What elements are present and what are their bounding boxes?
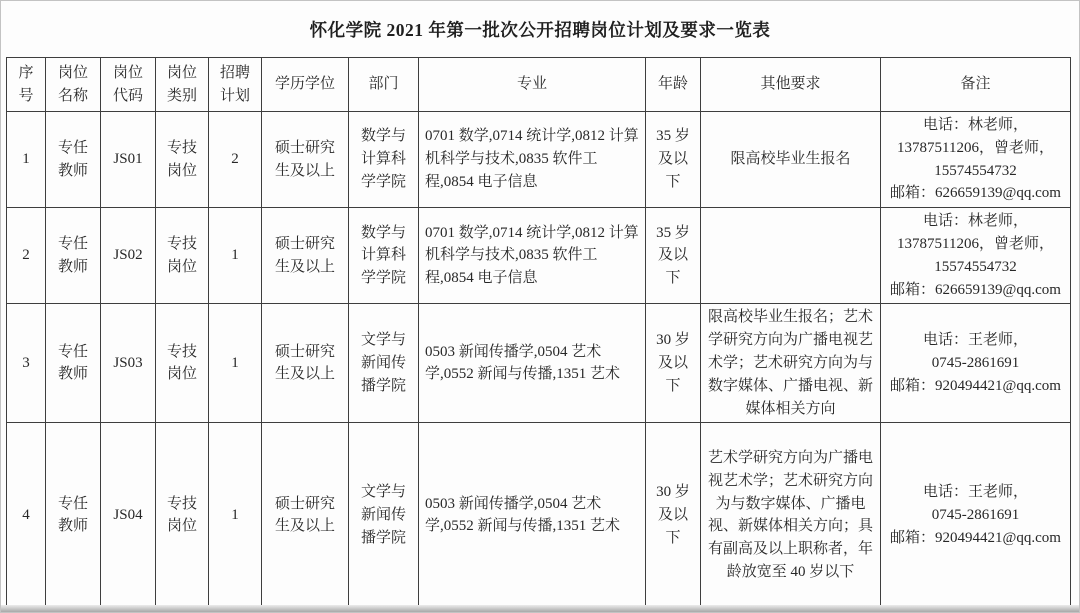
cell-major: 0701 数学,0714 统计学,0812 计算机科学与技术,0835 软件工程…: [419, 112, 646, 208]
col-header-position-type: 岗位类别: [156, 58, 209, 112]
cell-remarks: 电话：王老师， 0745-2861691 邮箱：920494421@qq.com: [881, 423, 1071, 608]
cell-position-code: JS02: [101, 208, 156, 304]
cell-position-code: JS01: [101, 112, 156, 208]
cell-remarks: 电话：王老师， 0745-2861691 邮箱：920494421@qq.com: [881, 304, 1071, 423]
cell-education: 硕士研究生及以上: [262, 112, 349, 208]
col-header-seq: 序号: [7, 58, 46, 112]
cell-position-name: 专任教师: [46, 112, 101, 208]
col-header-recruit-plan: 招聘计划: [209, 58, 262, 112]
col-header-position-code: 岗位代码: [101, 58, 156, 112]
table-row: 4 专任教师 JS04 专技岗位 1 硕士研究生及以上 文学与新闻传播学院 05…: [7, 423, 1071, 608]
col-header-education: 学历学位: [262, 58, 349, 112]
cell-department: 文学与新闻传播学院: [349, 423, 419, 608]
cell-position-name: 专任教师: [46, 304, 101, 423]
col-header-major: 专业: [419, 58, 646, 112]
cell-age: 30 岁及以下: [646, 423, 701, 608]
cell-position-code: JS03: [101, 304, 156, 423]
cell-position-type: 专技岗位: [156, 423, 209, 608]
cell-recruit-plan: 2: [209, 112, 262, 208]
cell-seq: 3: [7, 304, 46, 423]
cell-education: 硕士研究生及以上: [262, 208, 349, 304]
cell-recruit-plan: 1: [209, 208, 262, 304]
header-row: 序号 岗位名称 岗位代码 岗位类别 招聘计划 学历学位 部门 专业 年龄 其他要…: [7, 58, 1071, 112]
cell-education: 硕士研究生及以上: [262, 304, 349, 423]
col-header-other-requirements: 其他要求: [701, 58, 881, 112]
cell-other-requirements: [701, 208, 881, 304]
cell-other-requirements: 限高校毕业生报名: [701, 112, 881, 208]
col-header-department: 部门: [349, 58, 419, 112]
cell-major: 0701 数学,0714 统计学,0812 计算机科学与技术,0835 软件工程…: [419, 208, 646, 304]
cell-age: 35 岁及以下: [646, 208, 701, 304]
cell-remarks: 电话：林老师， 13787511206，曾老师， 15574554732 邮箱：…: [881, 208, 1071, 304]
cell-position-type: 专技岗位: [156, 208, 209, 304]
cell-education: 硕士研究生及以上: [262, 423, 349, 608]
cell-position-type: 专技岗位: [156, 304, 209, 423]
cell-department: 数学与计算科学学院: [349, 208, 419, 304]
table-row: 2 专任教师 JS02 专技岗位 1 硕士研究生及以上 数学与计算科学学院 07…: [7, 208, 1071, 304]
cell-position-name: 专任教师: [46, 208, 101, 304]
cell-other-requirements: 艺术学研究方向为广播电视艺术学；艺术研究方向为与数字媒体、广播电视、新媒体相关方…: [701, 423, 881, 608]
col-header-age: 年龄: [646, 58, 701, 112]
cell-position-name: 专任教师: [46, 423, 101, 608]
page-bottom-shadow: [1, 605, 1079, 612]
cell-age: 35 岁及以下: [646, 112, 701, 208]
cell-major: 0503 新闻传播学,0504 艺术学,0552 新闻与传播,1351 艺术: [419, 304, 646, 423]
cell-department: 文学与新闻传播学院: [349, 304, 419, 423]
cell-seq: 2: [7, 208, 46, 304]
cell-position-type: 专技岗位: [156, 112, 209, 208]
document-page: 怀化学院 2021 年第一批次公开招聘岗位计划及要求一览表 序号 岗位名称 岗位…: [0, 0, 1080, 613]
cell-position-code: JS04: [101, 423, 156, 608]
col-header-position-name: 岗位名称: [46, 58, 101, 112]
cell-recruit-plan: 1: [209, 423, 262, 608]
cell-remarks: 电话：林老师， 13787511206，曾老师， 15574554732 邮箱：…: [881, 112, 1071, 208]
cell-age: 30 岁及以下: [646, 304, 701, 423]
table-row: 3 专任教师 JS03 专技岗位 1 硕士研究生及以上 文学与新闻传播学院 05…: [7, 304, 1071, 423]
cell-seq: 1: [7, 112, 46, 208]
cell-recruit-plan: 1: [209, 304, 262, 423]
page-title: 怀化学院 2021 年第一批次公开招聘岗位计划及要求一览表: [1, 1, 1079, 57]
col-header-remarks: 备注: [881, 58, 1071, 112]
table-row: 1 专任教师 JS01 专技岗位 2 硕士研究生及以上 数学与计算科学学院 07…: [7, 112, 1071, 208]
cell-department: 数学与计算科学学院: [349, 112, 419, 208]
cell-seq: 4: [7, 423, 46, 608]
cell-major: 0503 新闻传播学,0504 艺术学,0552 新闻与传播,1351 艺术: [419, 423, 646, 608]
cell-other-requirements: 限高校毕业生报名；艺术学研究方向为广播电视艺术学；艺术研究方向为与数字媒体、广播…: [701, 304, 881, 423]
recruitment-table: 序号 岗位名称 岗位代码 岗位类别 招聘计划 学历学位 部门 专业 年龄 其他要…: [6, 57, 1071, 608]
